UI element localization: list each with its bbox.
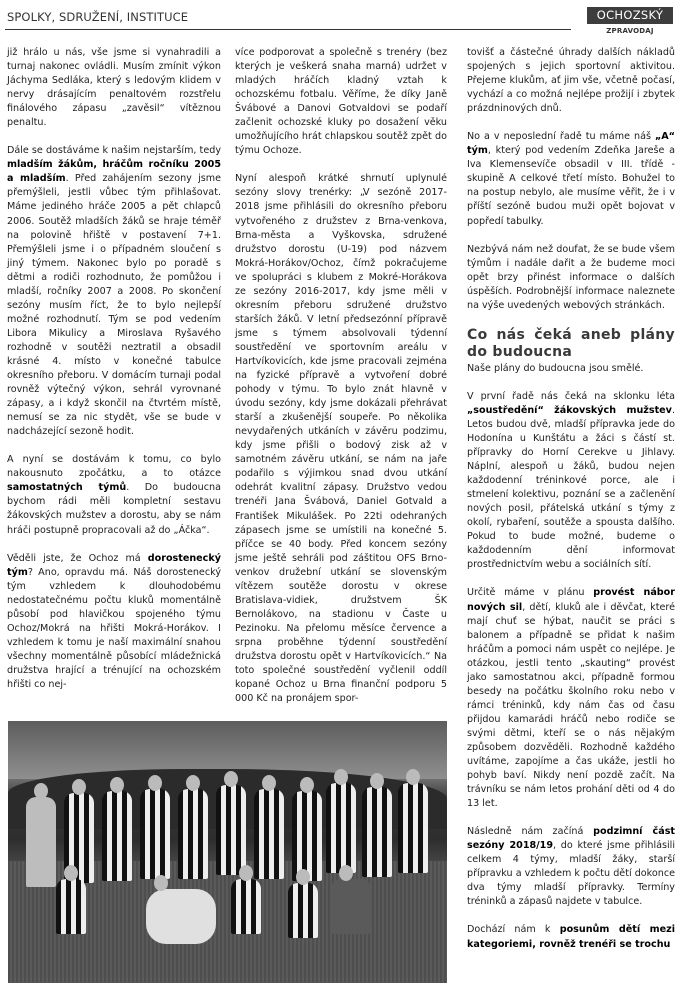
player-figure [326,783,356,873]
header-divider [5,29,571,30]
paragraph: Dochází nám k posunům dětí mezi kategori… [467,923,675,951]
player-figure [288,883,318,938]
paragraph: No a v neposlední řadě tu máme náš „A“ t… [467,130,675,228]
player-figure [292,791,322,881]
player-figure [102,791,132,881]
paragraph: Určitě máme v plánu provést nábor nových… [467,586,675,811]
section-title: SPOLKY, SDRUŽENÍ, INSTITUCE [7,10,188,24]
paragraph: A nyní se dostávám k tomu, co bylo nakou… [7,453,221,537]
paragraph: tovišť a částečné úhrady dalších nákladů… [467,46,675,116]
paragraph: Dále se dostáváme k našim nejstarším, te… [7,144,221,439]
logo-title: OCHOZSKÝ [587,7,673,24]
article-column-3: tovišť a částečné úhrady dalších nákladů… [467,46,675,966]
paragraph: Nezbývá nám než doufat, že se bude všem … [467,243,675,313]
player-figure [26,797,56,887]
team-players [26,779,436,949]
highlight: samostatných týmů [7,482,126,493]
player-figure [231,879,261,934]
article-column-2: více podporovat a společně s trenéry (be… [235,46,447,720]
player-figure [398,783,428,873]
highlight: „soustředění“ žákovských mužstev [467,405,672,416]
coach-figure [331,879,371,934]
paragraph: Naše plány do budoucna jsou smělé. [467,362,675,376]
paragraph: Věděli jste, že Ochoz má dorostenecký tý… [7,552,221,692]
paragraph: Nyní alespoň krátké shrnutí uplynulé sez… [235,172,447,706]
player-figure [362,787,392,877]
page-header: SPOLKY, SDRUŽENÍ, INSTITUCE OCHOZSKÝ ZPR… [0,0,681,34]
player-figure [56,879,86,934]
goalkeeper-figure [146,889,216,944]
publication-logo: OCHOZSKÝ ZPRAVODAJ [587,7,673,35]
paragraph: Následně nám začíná podzimní část sezóny… [467,825,675,909]
player-figure [216,785,246,875]
team-photo [8,721,447,983]
logo-subtitle: ZPRAVODAJ [587,27,673,35]
player-figure [178,789,208,879]
paragraph: již hrálo u nás, vše jsme si vynahradili… [7,46,221,130]
paragraph: V první řadě nás čeká na sklonku léta „s… [467,390,675,573]
player-figure [140,789,170,879]
article-column-1: již hrálo u nás, vše jsme si vynahradili… [7,46,221,706]
subheading: Co nás čeká aneb plány do budoucna [467,327,675,361]
player-figure [254,789,284,879]
paragraph: více podporovat a společně s trenéry (be… [235,46,447,158]
